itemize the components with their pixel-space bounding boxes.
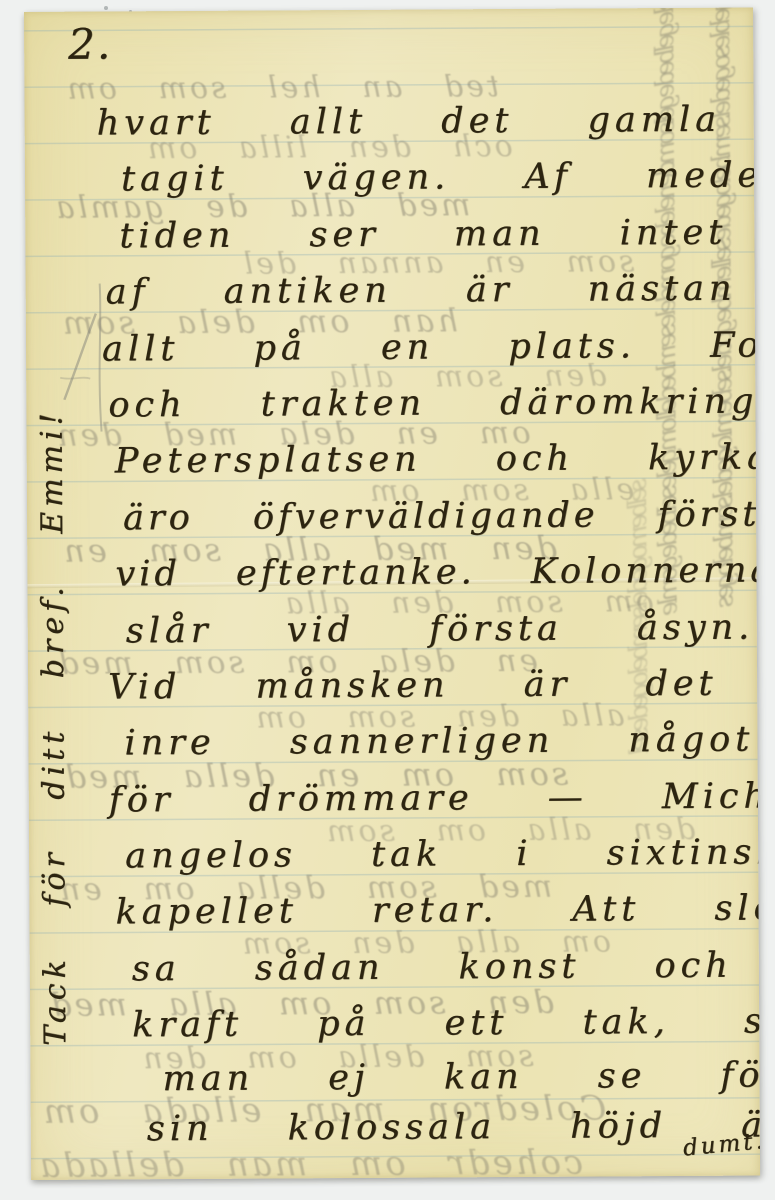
scan-background: ted an hel som om och den lilla om med a… (0, 0, 775, 1200)
margin-note: Tack för ditt bref. Emmi! (34, 408, 73, 1046)
handwritten-line: tiden ser man intet (25, 204, 754, 265)
handwritten-line: äro öfverväldigande först (27, 486, 756, 547)
handwritten-line: slår vid första åsyn. (28, 599, 757, 660)
handwritten-line: tagit vägen. Af medel- (25, 148, 754, 209)
handwritten-line: sa sådan konst och (30, 937, 759, 998)
handwritten-line: inre sannerligen något (28, 712, 757, 773)
handwritten-line: och trakten däromkring. (26, 373, 755, 434)
handwritten-line: hvart allt det gamla (25, 92, 754, 153)
handwritten-line: vid eftertanke. Kolonnerna (27, 543, 756, 604)
handwritten-line: för drömmare — Michel- (29, 768, 758, 829)
letter-page: ted an hel som om och den lilla om med a… (24, 8, 760, 1180)
handwritten-line: Petersplatsen och kyrkan (27, 430, 756, 491)
handwritten-line: kraft på ett tak, som (30, 994, 759, 1055)
dust-speck (104, 6, 108, 10)
handwritten-line: kapellet retar. Att slö- (29, 881, 758, 942)
letter-body: hvart allt det gamla tagit vägen. Af med… (25, 92, 760, 1155)
handwritten-line: af antiken är nästan (26, 261, 755, 322)
handwritten-line: man ej kan se för (30, 1050, 759, 1104)
page-number: 2. (68, 19, 112, 68)
handwritten-line: sin kolossala höjd är (31, 1100, 760, 1154)
handwritten-line: angelos tak i sixtinska (29, 825, 758, 886)
handwritten-line: Vid månsken är det (28, 655, 757, 716)
handwritten-line: allt på en plats. Forum (26, 317, 755, 378)
